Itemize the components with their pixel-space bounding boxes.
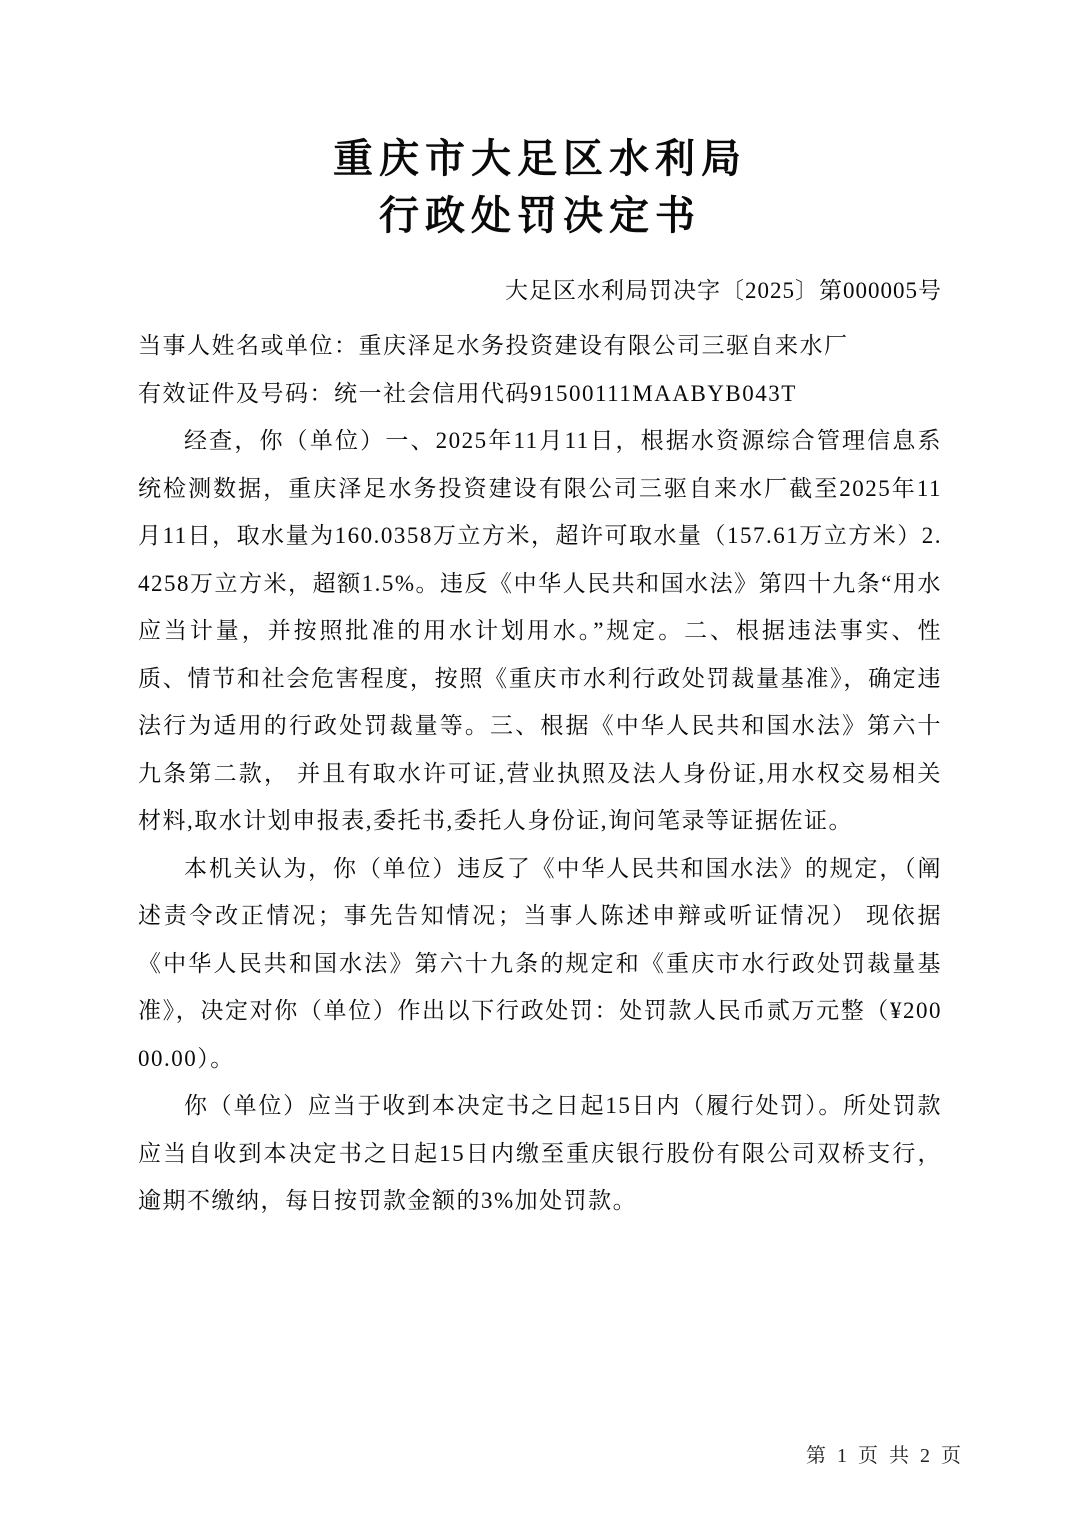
decision-paragraph: 本机关认为，你（单位）违反了《中华人民共和国水法》的规定，（阐述责令改正情况；事… [138, 845, 942, 1083]
penalty-decision-document: 重庆市大足区水利局 行政处罚决定书 大足区水利局罚决字〔2025〕第000005… [0, 0, 1074, 1520]
document-content: 重庆市大足区水利局 行政处罚决定书 大足区水利局罚决字〔2025〕第000005… [138, 130, 942, 1225]
party-name-line: 当事人姓名或单位：重庆泽足水务投资建设有限公司三驱自来水厂 [138, 322, 942, 370]
facts-paragraph: 经查，你（单位）一、2025年11月11日，根据水资源综合管理信息系统检测数据，… [138, 417, 942, 845]
title-line-doctype: 行政处罚决定书 [138, 187, 942, 244]
payment-instructions-paragraph: 你（单位）应当于收到本决定书之日起15日内（履行处罚）。所处罚款应当自收到本决定… [138, 1082, 942, 1225]
document-title: 重庆市大足区水利局 行政处罚决定书 [138, 130, 942, 244]
credential-line: 有效证件及号码：统一社会信用代码91500111MAABYB043T [138, 370, 942, 418]
document-body: 当事人姓名或单位：重庆泽足水务投资建设有限公司三驱自来水厂 有效证件及号码：统一… [138, 322, 942, 1225]
title-line-authority: 重庆市大足区水利局 [138, 130, 942, 187]
page-number-footer: 第 1 页 共 2 页 [806, 1439, 964, 1468]
document-number: 大足区水利局罚决字〔2025〕第000005号 [138, 276, 942, 306]
